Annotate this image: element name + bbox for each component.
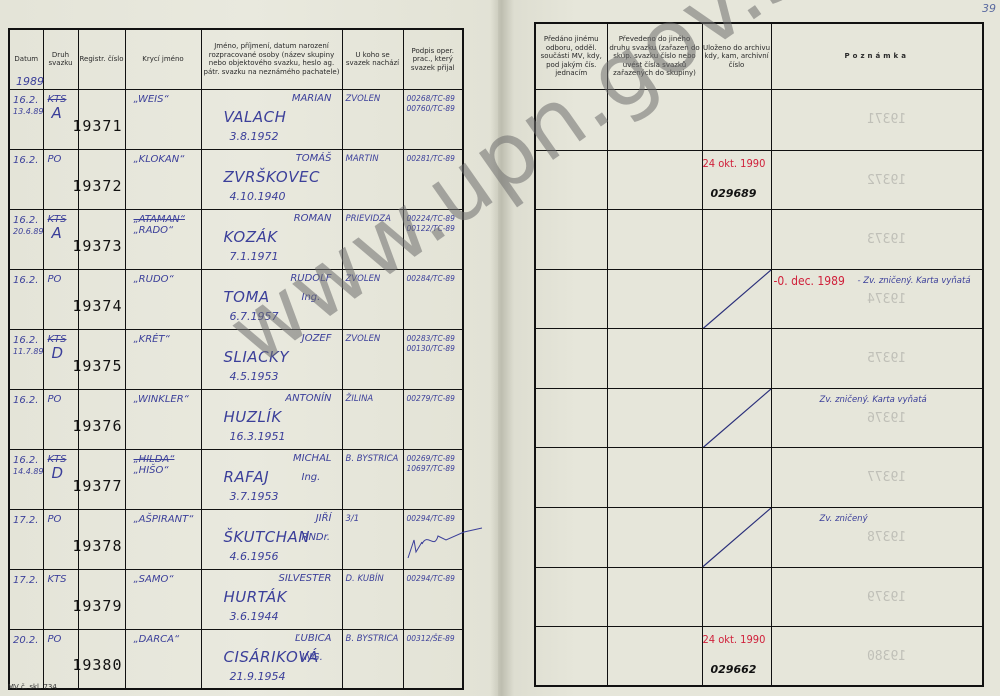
- first-name: SILVESTER: [278, 573, 331, 584]
- header-ulozeno-archiv: Uloženo do archivu kdy, kam, archivní čí…: [702, 23, 771, 89]
- cell-prevedeno: [607, 269, 702, 329]
- first-name: ROMAN: [294, 213, 332, 224]
- date-value: 16.2.: [13, 455, 38, 466]
- archive-date-stamp: 24 okt. 1990: [703, 157, 766, 170]
- surname: HURTÁK: [224, 588, 288, 606]
- officer-ref: 10697/TC-89: [407, 464, 455, 473]
- date-of-birth: 3.8.1952: [230, 130, 279, 143]
- cell-registr: 19377: [78, 449, 125, 509]
- table-row: 19379: [535, 567, 983, 627]
- officer-ref: 00224/TC-89: [407, 214, 455, 223]
- file-type-value: D: [52, 344, 64, 362]
- registration-number: 19377: [72, 477, 122, 495]
- cell-prevedeno: [607, 150, 702, 210]
- cover-name: „WINKLER“: [134, 394, 189, 405]
- cell-kryci: „KLOKAN“: [125, 149, 201, 209]
- cell-podpis: 00312/ŠE-89: [403, 629, 463, 689]
- date-value: 14.4.89: [13, 467, 44, 476]
- header-row: Předáno jinému odboru, odděl. součásti M…: [535, 23, 983, 89]
- registration-number: 19374: [72, 297, 122, 315]
- location: ZVOLEN: [346, 334, 381, 344]
- cover-name: „HIŠO“: [134, 465, 169, 476]
- cell-jmeno: JIŘÍ ŠKUTCHAN RNDr. 4.6.1956: [201, 509, 342, 569]
- surname: VALACH: [224, 108, 287, 126]
- cell-predano: [535, 388, 607, 448]
- table-row: 16.2.11.7.89 KTSD 19375 „KRÉT“ JOZEF SLI…: [9, 329, 463, 389]
- cell-jmeno: ĽUBICA CISÁRIKOVÁ ING. 21.9.1954: [201, 629, 342, 689]
- cell-archiv: [702, 567, 771, 627]
- cell-archiv: 24 okt. 1990 029689: [702, 150, 771, 210]
- cell-registr: 19371: [78, 89, 125, 149]
- bleed-through-number: 19371: [867, 112, 906, 127]
- bleed-through-number: 19375: [867, 351, 906, 366]
- cell-poznamka: 19378 Zv. zničený: [771, 508, 983, 568]
- header-kryci-jmeno: Krycí jméno: [125, 29, 201, 89]
- bleed-through-number: 19379: [867, 590, 906, 605]
- cell-jmeno: ROMAN KOZÁK 7.1.1971: [201, 209, 342, 269]
- date-of-birth: 4.5.1953: [230, 370, 279, 383]
- cell-archiv: [702, 329, 771, 389]
- file-type-value: PO: [48, 274, 62, 285]
- cell-registr: 19372: [78, 149, 125, 209]
- first-name: MICHAL: [293, 453, 332, 464]
- archive-number: 029689: [711, 187, 757, 200]
- registration-number: 19375: [72, 357, 122, 375]
- archive-date-stamp: 24 okt. 1990: [703, 633, 766, 646]
- table-row: 19374 -0. dec. 1989 - Zv. zničený. Karta…: [535, 269, 983, 329]
- cell-location: B. BYSTRICA: [342, 629, 403, 689]
- page-number: 39: [982, 2, 996, 15]
- header-predano: Předáno jinému odboru, odděl. součásti M…: [535, 23, 607, 89]
- date-value: 17.2.: [13, 515, 38, 526]
- cell-kryci: „ATAMAN“„RADO“: [125, 209, 201, 269]
- cover-name: „DARCA“: [134, 634, 180, 645]
- cell-podpis: 00224/TC-8900122/TC-89: [403, 209, 463, 269]
- officer-ref: 00284/TC-89: [407, 274, 455, 283]
- date-value: 20.2.: [13, 635, 38, 646]
- table-row: 17.2. KTS 19379 „SAMO“ SILVESTER HURTÁK …: [9, 569, 463, 629]
- surname: TOMA: [224, 288, 270, 306]
- surname: HUZLÍK: [224, 408, 282, 426]
- header-registr-cislo: Registr. číslo: [78, 29, 125, 89]
- first-name: MARIAN: [292, 93, 332, 104]
- cell-datum: 16.2.13.4.89: [9, 89, 43, 149]
- cell-kryci: „RUDO“: [125, 269, 201, 329]
- registration-number: 19380: [72, 656, 122, 674]
- cell-prevedeno: [607, 627, 702, 687]
- first-name: RUDOLF: [290, 273, 331, 284]
- bleed-through-number: 19377: [867, 470, 906, 485]
- cell-kryci: „DARCA“: [125, 629, 201, 689]
- first-name: ANTONÍN: [285, 393, 331, 404]
- file-type-value: A: [52, 104, 63, 122]
- cell-registr: 19374: [78, 269, 125, 329]
- officer-ref: 00283/TC-89: [407, 334, 455, 343]
- book-spine: [490, 0, 514, 696]
- table-row: 20.2. PO 19380 „DARCA“ ĽUBICA CISÁRIKOVÁ…: [9, 629, 463, 689]
- cell-jmeno: SILVESTER HURTÁK 3.6.1944: [201, 569, 342, 629]
- archive-number: 029662: [711, 663, 757, 676]
- file-type-value: D: [52, 464, 64, 482]
- cell-podpis: 00269/TC-8910697/TC-89: [403, 449, 463, 509]
- date-of-birth: 6.7.1957: [230, 310, 279, 323]
- cell-prevedeno: [607, 89, 702, 150]
- officer-ref: 00268/TC-89: [407, 94, 455, 103]
- cell-registr: 19373: [78, 209, 125, 269]
- cell-archiv: [702, 508, 771, 568]
- file-type-value: PO: [48, 514, 62, 525]
- registry-table-left: Datum1989 Druh svazku Registr. číslo Kry…: [8, 28, 464, 690]
- location: ŽILINA: [346, 394, 374, 404]
- table-row: 16.2. PO 19376 „WINKLER“ ANTONÍN HUZLÍK …: [9, 389, 463, 449]
- cell-jmeno: ANTONÍN HUZLÍK 16.3.1951: [201, 389, 342, 449]
- registration-number: 19378: [72, 537, 122, 555]
- cell-poznamka: 19374 -0. dec. 1989 - Zv. zničený. Karta…: [771, 269, 983, 329]
- cell-datum: 17.2.: [9, 569, 43, 629]
- cell-kryci: „AŠPIRANT“: [125, 509, 201, 569]
- cell-location: PRIEVIDZA: [342, 209, 403, 269]
- location: MARTIN: [346, 154, 379, 164]
- cell-poznamka: 19379: [771, 567, 983, 627]
- cell-location: D. KUBÍN: [342, 569, 403, 629]
- bleed-through-number: 19374: [867, 292, 906, 307]
- cell-poznamka: 19371: [771, 89, 983, 150]
- note-text: Zv. zničený: [820, 514, 868, 524]
- cell-datum: 16.2.: [9, 269, 43, 329]
- officer-ref: 00312/ŠE-89: [407, 634, 455, 643]
- academic-title: ING.: [302, 652, 323, 663]
- date-value: 16.2.: [13, 215, 38, 226]
- cell-predano: [535, 627, 607, 687]
- table-row: 16.2. PO 19372 „KLOKAN“ TOMÁŠ ZVRŠKOVEC …: [9, 149, 463, 209]
- cell-kryci: „HILDA“„HIŠO“: [125, 449, 201, 509]
- year-label: 1989: [16, 78, 44, 87]
- table-row: 19378 Zv. zničený: [535, 508, 983, 568]
- date-of-birth: 16.3.1951: [230, 430, 286, 443]
- cell-archiv: [702, 269, 771, 329]
- location: B. BYSTRICA: [346, 634, 399, 644]
- cell-archiv: [702, 448, 771, 508]
- cover-name: „KLOKAN“: [134, 154, 185, 165]
- cell-location: ZVOLEN: [342, 329, 403, 389]
- cell-poznamka: 19373: [771, 210, 983, 270]
- cell-poznamka: 19372: [771, 150, 983, 210]
- cell-prevedeno: [607, 388, 702, 448]
- cell-archiv: [702, 89, 771, 150]
- surname: RAFAJ: [224, 468, 270, 486]
- date-of-birth: 7.1.1971: [230, 250, 279, 263]
- cell-location: ŽILINA: [342, 389, 403, 449]
- file-type-value: KTS: [48, 574, 67, 585]
- officer-ref: 00122/TC-89: [407, 224, 455, 233]
- header-poznamka: Poznámka: [771, 23, 983, 89]
- cell-location: ZVOLEN: [342, 269, 403, 329]
- cell-jmeno: JOZEF SLIACKY 4.5.1953: [201, 329, 342, 389]
- header-druh-svazku: Druh svazku: [43, 29, 78, 89]
- date-of-birth: 4.10.1940: [230, 190, 286, 203]
- location: PRIEVIDZA: [346, 214, 391, 224]
- bleed-through-number: 19372: [867, 173, 906, 188]
- location: B. BYSTRICA: [346, 454, 399, 464]
- cover-name: „HILDA“: [134, 454, 175, 465]
- cell-datum: 17.2.: [9, 509, 43, 569]
- cell-datum: 16.2.: [9, 389, 43, 449]
- cell-predano: [535, 508, 607, 568]
- cell-predano: [535, 567, 607, 627]
- cell-location: ZVOLEN: [342, 89, 403, 149]
- date-of-birth: 3.7.1953: [230, 490, 279, 503]
- table-row: 16.2.14.4.89 KTSD 19377 „HILDA“„HIŠO“ MI…: [9, 449, 463, 509]
- table-row: 17.2. PO 19378 „AŠPIRANT“ JIŘÍ ŠKUTCHAN …: [9, 509, 463, 569]
- cell-poznamka: 19377: [771, 448, 983, 508]
- cell-prevedeno: [607, 448, 702, 508]
- cell-datum: 16.2.20.6.89: [9, 209, 43, 269]
- registration-number: 19372: [72, 177, 122, 195]
- header-datum: Datum1989: [9, 29, 43, 89]
- cell-kryci: „WEIS“: [125, 89, 201, 149]
- header-row: Datum1989 Druh svazku Registr. číslo Kry…: [9, 29, 463, 89]
- date-value: 16.2.: [13, 95, 38, 106]
- cell-kryci: „SAMO“: [125, 569, 201, 629]
- cell-archiv: [702, 388, 771, 448]
- note-text: Zv. zničený. Karta vyňatá: [820, 395, 927, 405]
- table-row: 19371: [535, 89, 983, 150]
- cell-prevedeno: [607, 567, 702, 627]
- bleed-through-number: 19373: [867, 232, 906, 247]
- cell-archiv: 24 okt. 1990 029662: [702, 627, 771, 687]
- cell-podpis: 00268/TC-8900760/TC-89: [403, 89, 463, 149]
- bleed-through-number: 19376: [867, 411, 906, 426]
- cell-jmeno: MICHAL RAFAJ Ing. 3.7.1953: [201, 449, 342, 509]
- cell-kryci: „KRÉT“: [125, 329, 201, 389]
- cell-jmeno: RUDOLF TOMA Ing. 6.7.1957: [201, 269, 342, 329]
- diagonal-strike: [703, 389, 771, 448]
- note-text: - Zv. zničený. Karta vyňatá: [858, 276, 971, 286]
- date-value: 16.2.: [13, 275, 38, 286]
- cell-location: 3/1: [342, 509, 403, 569]
- cover-name: „SAMO“: [134, 574, 174, 585]
- table-row: 16.2. PO 19374 „RUDO“ RUDOLF TOMA Ing. 6…: [9, 269, 463, 329]
- registration-number: 19379: [72, 597, 122, 615]
- first-name: JOZEF: [302, 333, 332, 344]
- cell-poznamka: 19376 Zv. zničený. Karta vyňatá: [771, 388, 983, 448]
- cell-kryci: „WINKLER“: [125, 389, 201, 449]
- file-type-value: PO: [48, 634, 62, 645]
- cell-registr: 19379: [78, 569, 125, 629]
- diagonal-strike: [703, 508, 771, 567]
- table-row: 16.2.20.6.89 KTSA 19373 „ATAMAN“„RADO“ R…: [9, 209, 463, 269]
- header-prevedeno: Převedeno do jiného druhu svazku (zařaze…: [607, 23, 702, 89]
- cover-name: „KRÉT“: [134, 334, 170, 345]
- date-value: 17.2.: [13, 575, 38, 586]
- bleed-through-number: 19378: [867, 530, 906, 545]
- date-of-birth: 4.6.1956: [230, 550, 279, 563]
- cell-poznamka: 19380: [771, 627, 983, 687]
- location: ZVOLEN: [346, 94, 381, 104]
- cover-name: „RADO“: [134, 225, 174, 236]
- table-row: 19377: [535, 448, 983, 508]
- registration-number: 19373: [72, 237, 122, 255]
- location: D. KUBÍN: [346, 574, 384, 584]
- date-value: 11.7.89: [13, 347, 44, 356]
- cell-predano: [535, 448, 607, 508]
- cell-predano: [535, 210, 607, 270]
- date-value: 16.2.: [13, 335, 38, 346]
- date-value: 13.4.89: [13, 107, 44, 116]
- first-name: JIŘÍ: [316, 513, 332, 524]
- header-jmeno-prijmeni: Jméno, příjmení, datum narození rozpraco…: [201, 29, 342, 89]
- cell-poznamka: 19375: [771, 329, 983, 389]
- date-value: 16.2.: [13, 395, 38, 406]
- registration-number: 19371: [72, 117, 122, 135]
- cell-registr: 19375: [78, 329, 125, 389]
- cover-name: „RUDO“: [134, 274, 174, 285]
- cell-prevedeno: [607, 210, 702, 270]
- table-row: 19375: [535, 329, 983, 389]
- table-row: 19373: [535, 210, 983, 270]
- officer-ref: 00281/TC-89: [407, 154, 455, 163]
- file-type-value: PO: [48, 394, 62, 405]
- surname: SLIACKY: [224, 348, 290, 366]
- cell-datum: 16.2.11.7.89: [9, 329, 43, 389]
- cell-predano: [535, 150, 607, 210]
- cell-podpis: 00283/TC-8900130/TC-89: [403, 329, 463, 389]
- cell-podpis: 00279/TC-89: [403, 389, 463, 449]
- form-code: MV č. skl. 734: [8, 683, 57, 691]
- table-row: 16.2.13.4.89 KTSA 19371 „WEIS“ MARIAN VA…: [9, 89, 463, 149]
- cell-archiv: [702, 210, 771, 270]
- cell-prevedeno: [607, 329, 702, 389]
- surname: KOZÁK: [224, 228, 278, 246]
- surname: ZVRŠKOVEC: [224, 168, 320, 186]
- date-of-birth: 3.6.1944: [230, 610, 279, 623]
- bleed-through-number: 19380: [867, 649, 906, 664]
- header-podpis: Podpis oper. prac., který svazek přijal: [403, 29, 463, 89]
- diagonal-strike: [703, 270, 771, 329]
- academic-title: RNDr.: [302, 532, 331, 543]
- cell-predano: [535, 89, 607, 150]
- cell-podpis: 00284/TC-89: [403, 269, 463, 329]
- officer-ref: 00760/TC-89: [407, 104, 455, 113]
- cell-location: MARTIN: [342, 149, 403, 209]
- officer-ref: 00279/TC-89: [407, 394, 455, 403]
- cell-datum: 20.2.: [9, 629, 43, 689]
- cell-datum: 16.2.: [9, 149, 43, 209]
- table-row: 24 okt. 1990 029662 19380: [535, 627, 983, 687]
- location: 3/1: [346, 514, 360, 524]
- first-name: ĽUBICA: [295, 633, 332, 644]
- cell-podpis: 00294/TC-89: [403, 569, 463, 629]
- cell-jmeno: MARIAN VALACH 3.8.1952: [201, 89, 342, 149]
- cell-registr: 19378: [78, 509, 125, 569]
- first-name: TOMÁŠ: [296, 153, 332, 164]
- cell-predano: [535, 329, 607, 389]
- table-row: 19376 Zv. zničený. Karta vyňatá: [535, 388, 983, 448]
- date-of-birth: 21.9.1954: [230, 670, 286, 683]
- location: ZVOLEN: [346, 274, 381, 284]
- cell-registr: 19380: [78, 629, 125, 689]
- cell-podpis: 00281/TC-89: [403, 149, 463, 209]
- officer-ref: 00130/TC-89: [407, 344, 455, 353]
- cover-name: „WEIS“: [134, 94, 169, 105]
- date-value: 20.6.89: [13, 227, 44, 236]
- cell-predano: [535, 269, 607, 329]
- registry-table-right: Předáno jinému odboru, odděl. součásti M…: [534, 22, 984, 687]
- officer-ref: 00269/TC-89: [407, 454, 455, 463]
- table-row: 24 okt. 1990 029689 19372: [535, 150, 983, 210]
- cell-podpis: 00294/TC-89: [403, 509, 463, 569]
- file-type-value: PO: [48, 154, 62, 165]
- file-type-value: A: [52, 224, 63, 242]
- signature-scribble: [404, 522, 484, 562]
- cell-location: B. BYSTRICA: [342, 449, 403, 509]
- officer-ref: 00294/TC-89: [407, 574, 455, 583]
- academic-title: Ing.: [302, 292, 321, 303]
- cell-registr: 19376: [78, 389, 125, 449]
- cell-prevedeno: [607, 508, 702, 568]
- cover-name: „ATAMAN“: [134, 214, 185, 225]
- surname: ŠKUTCHAN: [224, 528, 310, 546]
- note-date-stamp: -0. dec. 1989: [774, 274, 845, 288]
- cover-name: „AŠPIRANT“: [134, 514, 194, 525]
- date-value: 16.2.: [13, 155, 38, 166]
- header-u-koho: U koho se svazek nachází: [342, 29, 403, 89]
- cell-jmeno: TOMÁŠ ZVRŠKOVEC 4.10.1940: [201, 149, 342, 209]
- academic-title: Ing.: [302, 472, 321, 483]
- registration-number: 19376: [72, 417, 122, 435]
- cell-datum: 16.2.14.4.89: [9, 449, 43, 509]
